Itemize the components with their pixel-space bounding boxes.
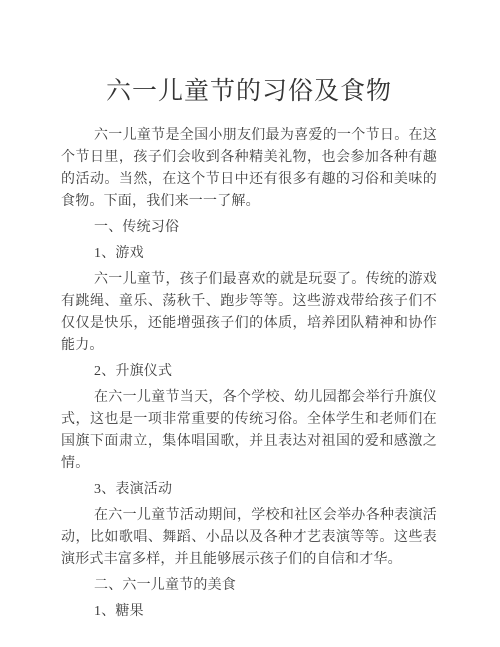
section-1-item-3-body: 在六一儿童节活动期间，学校和社区会举办各种表演活动，比如歌唱、舞蹈、小品以及各种… [61,505,437,571]
section-2-item-1-subheading: 1、糖果 [94,601,437,623]
section-1-item-2-body: 在六一儿童节当天，各个学校、幼儿园都会举行升旗仪式，这也是一项非常重要的传统习俗… [61,387,437,475]
intro-paragraph: 六一儿童节是全国小朋友们最为喜爱的一个节日。在这个节日里，孩子们会收到各种精美礼… [61,125,437,213]
page-title: 六一儿童节的习俗及食物 [61,74,437,110]
section-1-heading: 一、传统习俗 [94,217,437,239]
document-page: 六一儿童节的习俗及食物 六一儿童节是全国小朋友们最为喜爱的一个节日。在这个节日里… [0,0,500,647]
section-2-heading: 二、六一儿童节的美食 [94,575,437,597]
section-1-item-1-body: 六一儿童节，孩子们最喜欢的就是玩耍了。传统的游戏有跳绳、童乐、荡秋千、跑步等等。… [61,269,437,357]
section-1-item-2-subheading: 2、升旗仪式 [94,361,437,383]
section-1-item-3-subheading: 3、表演活动 [94,479,437,501]
section-1-item-1-subheading: 1、游戏 [94,243,437,265]
